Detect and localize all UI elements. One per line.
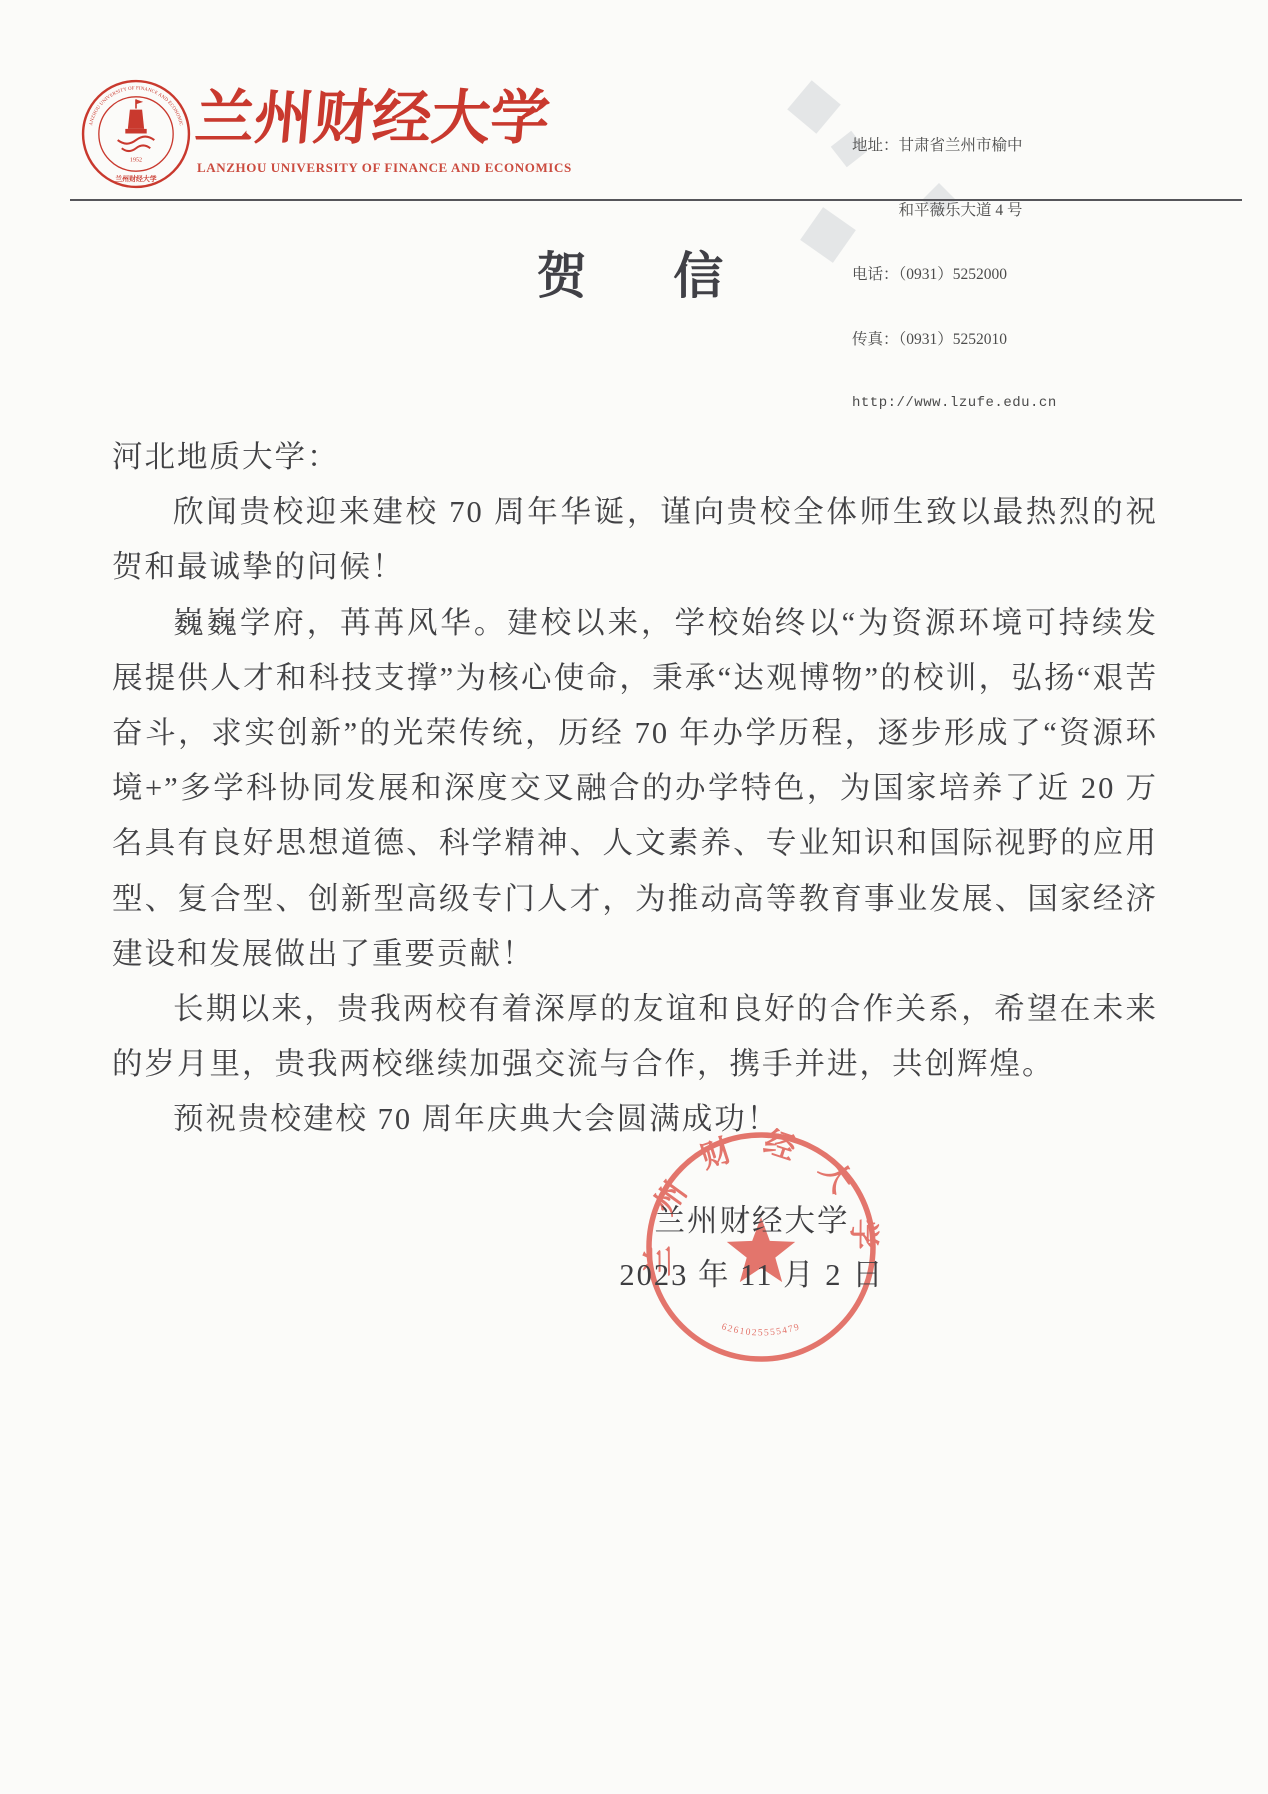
logo-tower-icon	[118, 99, 155, 151]
signature-date: 2023 年 11 月 2 日	[592, 1248, 912, 1302]
contact-address-line1: 地址：甘肃省兰州市榆中	[852, 135, 1057, 157]
university-name-cn: 兰州财经大学	[192, 70, 559, 155]
signature-block: 兰州财经大学 2023 年 11 月 2 日	[592, 1194, 912, 1302]
paragraph-3: 长期以来，贵我两校有着深厚的友谊和良好的合作关系，希望在未来的岁月里，贵我两校继…	[112, 982, 1158, 1092]
university-logo-icon: LANZHOU UNIVERSITY OF FINANCE AND ECONOM…	[80, 78, 192, 190]
contact-website: http://www.lzufe.edu.cn	[852, 393, 1057, 415]
contact-fax: 传真：（0931）5252010	[852, 329, 1057, 351]
logo-year: 1952	[130, 157, 142, 163]
letter-title: 贺 信	[0, 236, 1268, 308]
paragraph-4: 预祝贵校建校 70 周年庆典大会圆满成功！	[112, 1092, 1158, 1147]
contact-address-line2: 和平薇乐大道 4 号	[852, 200, 1057, 222]
scan-artifact	[787, 80, 841, 134]
salutation: 河北地质大学：	[112, 430, 1158, 485]
letter-body: 河北地质大学： 欣闻贵校迎来建校 70 周年华诞，谨向贵校全体师生致以最热烈的祝…	[112, 430, 1158, 1148]
logo-calligraphy: 兰州财经大学	[115, 174, 157, 183]
paragraph-2: 巍巍学府，苒苒风华。建校以来，学校始终以“为资源环境可持续发展提供人才和科技支撑…	[112, 596, 1158, 982]
svg-text:6261025555479: 6261025555479	[720, 1322, 801, 1338]
seal-serial: 6261025555479	[720, 1322, 801, 1338]
university-name-en: LANZHOU UNIVERSITY OF FINANCE AND ECONOM…	[197, 160, 557, 176]
letterhead-divider	[70, 199, 1242, 201]
letter-page: LANZHOU UNIVERSITY OF FINANCE AND ECONOM…	[0, 0, 1268, 1794]
paragraph-1: 欣闻贵校迎来建校 70 周年华诞，谨向贵校全体师生致以最热烈的祝贺和最诚挚的问候…	[112, 485, 1158, 595]
signature-org: 兰州财经大学	[592, 1194, 912, 1248]
